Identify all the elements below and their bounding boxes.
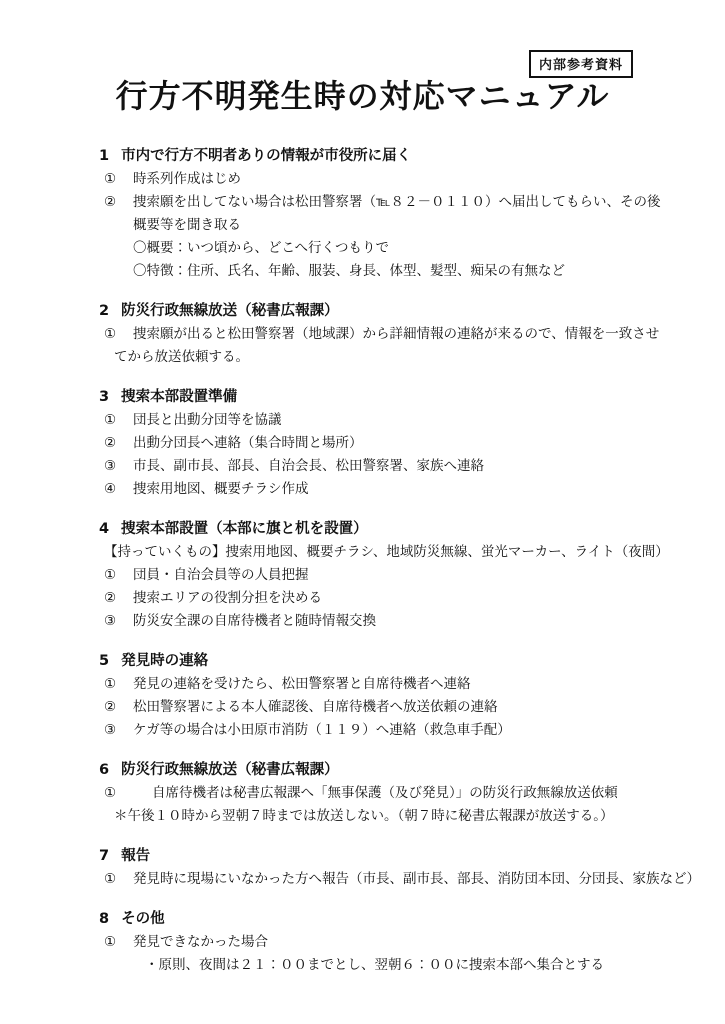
section-1: 1市内で行方不明者ありの情報が市役所に届く①時系列作成はじめ②捜索願を出してない… (0, 145, 725, 283)
circled-number-marker: ③ (104, 719, 116, 742)
circled-number-marker: ① (104, 564, 116, 587)
text-line: 〇特徴：住所、氏名、年齢、服装、身長、体型、髪型、痴呆の有無など (0, 260, 725, 283)
line-text: 捜索願を出してない場合は松田警察署（℡８２－０１１０）へ届出してもらい、その後 (133, 194, 661, 210)
circled-number-marker: ③ (104, 610, 116, 633)
list-item: ③防災安全課の自席待機者と随時情報交換 (0, 610, 725, 633)
list-item: ①自席待機者は秘書広報課へ「無事保護（及び発見）」の防災行政無線放送依頼 (0, 782, 725, 805)
internal-reference-badge: 内部参考資料 (529, 50, 633, 78)
circled-number-marker: ① (104, 782, 116, 805)
list-item: ①発見の連絡を受けたら、松田警察署と自席待機者へ連絡 (0, 673, 725, 696)
line-text: 捜索用地図、概要チラシ作成 (133, 481, 309, 497)
section-4: 4捜索本部設置（本部に旗と机を設置）【持っていくもの】捜索用地図、概要チラシ、地… (0, 518, 725, 633)
section-heading: 8その他 (0, 908, 725, 931)
circled-number-marker: ② (104, 696, 116, 719)
section-number: 7 (99, 848, 109, 864)
line-text: 発見時に現場にいなかった方へ報告（市長、副市長、部長、消防団本団、分団長、家族な… (133, 871, 700, 887)
list-item: ①捜索願が出ると松田警察署（地域課）から詳細情報の連絡が来るので、情報を一致させ (0, 323, 725, 346)
circled-number-marker: ① (104, 323, 116, 346)
list-item: ③市長、副市長、部長、自治会長、松田警察署、家族へ連絡 (0, 455, 725, 478)
text-line: てから放送依頼する。 (0, 346, 725, 369)
section-heading: 2防災行政無線放送（秘書広報課） (0, 300, 725, 323)
section-title: 捜索本部設置（本部に旗と机を設置） (121, 521, 368, 537)
section-heading: 7報告 (0, 845, 725, 868)
document-page: 内部参考資料 行方不明発生時の対応マニュアル 1市内で行方不明者ありの情報が市役… (0, 0, 725, 1024)
section-title: 捜索本部設置準備 (121, 389, 237, 405)
text-line: 概要等を聞き取る (0, 214, 725, 237)
list-item: ②捜索願を出してない場合は松田警察署（℡８２－０１１０）へ届出してもらい、その後 (0, 191, 725, 214)
section-7: 7報告①発見時に現場にいなかった方へ報告（市長、副市長、部長、消防団本団、分団長… (0, 845, 725, 891)
line-text: ケガ等の場合は小田原市消防（１１９）へ連絡（救急車手配） (133, 722, 511, 738)
line-text: 時系列作成はじめ (133, 171, 241, 187)
line-text: 団長と出動分団等を協議 (133, 412, 282, 428)
section-number: 3 (99, 389, 109, 405)
section-title: 防災行政無線放送（秘書広報課） (121, 303, 339, 319)
section-number: 5 (99, 653, 109, 669)
circled-number-marker: ③ (104, 455, 116, 478)
line-text: 松田警察署による本人確認後、自席待機者へ放送依頼の連絡 (133, 699, 498, 715)
circled-number-marker: ② (104, 587, 116, 610)
text-line: ＊午後１０時から翌朝７時までは放送しない。（朝７時に秘書広報課が放送する。） (0, 805, 725, 828)
circled-number-marker: ② (104, 432, 116, 455)
line-text: 捜索願が出ると松田警察署（地域課）から詳細情報の連絡が来るので、情報を一致させ (133, 326, 659, 342)
section-heading: 4捜索本部設置（本部に旗と机を設置） (0, 518, 725, 541)
line-text: 防災安全課の自席待機者と随時情報交換 (133, 613, 376, 629)
section-heading: 1市内で行方不明者ありの情報が市役所に届く (0, 145, 725, 168)
line-text: 発見の連絡を受けたら、松田警察署と自席待機者へ連絡 (133, 676, 471, 692)
section-number: 6 (99, 762, 109, 778)
line-text: 捜索エリアの役割分担を決める (133, 590, 322, 606)
list-item: ④捜索用地図、概要チラシ作成 (0, 478, 725, 501)
circled-number-marker: ① (104, 673, 116, 696)
text-line: 【持っていくもの】捜索用地図、概要チラシ、地域防災無線、蛍光マーカー、ライト（夜… (0, 541, 725, 564)
circled-number-marker: ④ (104, 478, 116, 501)
circled-number-marker: ① (104, 409, 116, 432)
section-heading: 5発見時の連絡 (0, 650, 725, 673)
section-heading: 3捜索本部設置準備 (0, 386, 725, 409)
list-item: ②松田警察署による本人確認後、自席待機者へ放送依頼の連絡 (0, 696, 725, 719)
list-item: ①発見できなかった場合 (0, 931, 725, 954)
section-title: 市内で行方不明者ありの情報が市役所に届く (121, 148, 411, 164)
text-line: 〇概要：いつ頃から、どこへ行くつもりで (0, 237, 725, 260)
list-item: ①時系列作成はじめ (0, 168, 725, 191)
line-text: 団員・自治会員等の人員把握 (133, 567, 309, 583)
section-title: 防災行政無線放送（秘書広報課） (121, 762, 339, 778)
list-item: ①団員・自治会員等の人員把握 (0, 564, 725, 587)
section-number: 8 (99, 911, 109, 927)
line-text: 市長、副市長、部長、自治会長、松田警察署、家族へ連絡 (133, 458, 484, 474)
section-3: 3捜索本部設置準備①団長と出動分団等を協議②出動分団長へ連絡（集合時間と場所）③… (0, 386, 725, 501)
line-text: 【持っていくもの】捜索用地図、概要チラシ、地域防災無線、蛍光マーカー、ライト（夜… (104, 544, 669, 560)
section-title: 発見時の連絡 (121, 653, 208, 669)
line-text: 発見できなかった場合 (133, 934, 268, 950)
line-text: 自席待機者は秘書広報課へ「無事保護（及び発見）」の防災行政無線放送依頼 (152, 785, 618, 801)
list-item: ②出動分団長へ連絡（集合時間と場所） (0, 432, 725, 455)
section-5: 5発見時の連絡①発見の連絡を受けたら、松田警察署と自席待機者へ連絡②松田警察署に… (0, 650, 725, 742)
section-heading: 6防災行政無線放送（秘書広報課） (0, 759, 725, 782)
list-item: ①発見時に現場にいなかった方へ報告（市長、副市長、部長、消防団本団、分団長、家族… (0, 868, 725, 891)
circled-number-marker: ① (104, 868, 116, 891)
circled-number-marker: ① (104, 931, 116, 954)
line-text: 概要等を聞き取る (133, 217, 241, 233)
line-text: ＊午後１０時から翌朝７時までは放送しない。（朝７時に秘書広報課が放送する。） (114, 808, 614, 824)
line-text: 〇概要：いつ頃から、どこへ行くつもりで (133, 240, 389, 256)
list-item: ①団長と出動分団等を協議 (0, 409, 725, 432)
section-2: 2防災行政無線放送（秘書広報課）①捜索願が出ると松田警察署（地域課）から詳細情報… (0, 300, 725, 369)
circled-number-marker: ② (104, 191, 116, 214)
line-text: てから放送依頼する。 (114, 349, 249, 365)
section-6: 6防災行政無線放送（秘書広報課）①自席待機者は秘書広報課へ「無事保護（及び発見）… (0, 759, 725, 828)
section-8: 8その他①発見できなかった場合・原則、夜間は２１：００までとし、翌朝６：００に捜… (0, 908, 725, 977)
section-title: その他 (121, 911, 165, 927)
document-body: 1市内で行方不明者ありの情報が市役所に届く①時系列作成はじめ②捜索願を出してない… (0, 145, 725, 977)
circled-number-marker: ① (104, 168, 116, 191)
section-number: 1 (99, 148, 109, 164)
line-text: 出動分団長へ連絡（集合時間と場所） (133, 435, 363, 451)
line-text: 〇特徴：住所、氏名、年齢、服装、身長、体型、髪型、痴呆の有無など (133, 263, 565, 279)
section-title: 報告 (121, 848, 150, 864)
section-number: 4 (99, 521, 109, 537)
list-item: ②捜索エリアの役割分担を決める (0, 587, 725, 610)
section-number: 2 (99, 303, 109, 319)
list-item: ③ケガ等の場合は小田原市消防（１１９）へ連絡（救急車手配） (0, 719, 725, 742)
text-line: ・原則、夜間は２１：００までとし、翌朝６：００に捜索本部へ集合とする (0, 954, 725, 977)
line-text: ・原則、夜間は２１：００までとし、翌朝６：００に捜索本部へ集合とする (145, 957, 604, 973)
